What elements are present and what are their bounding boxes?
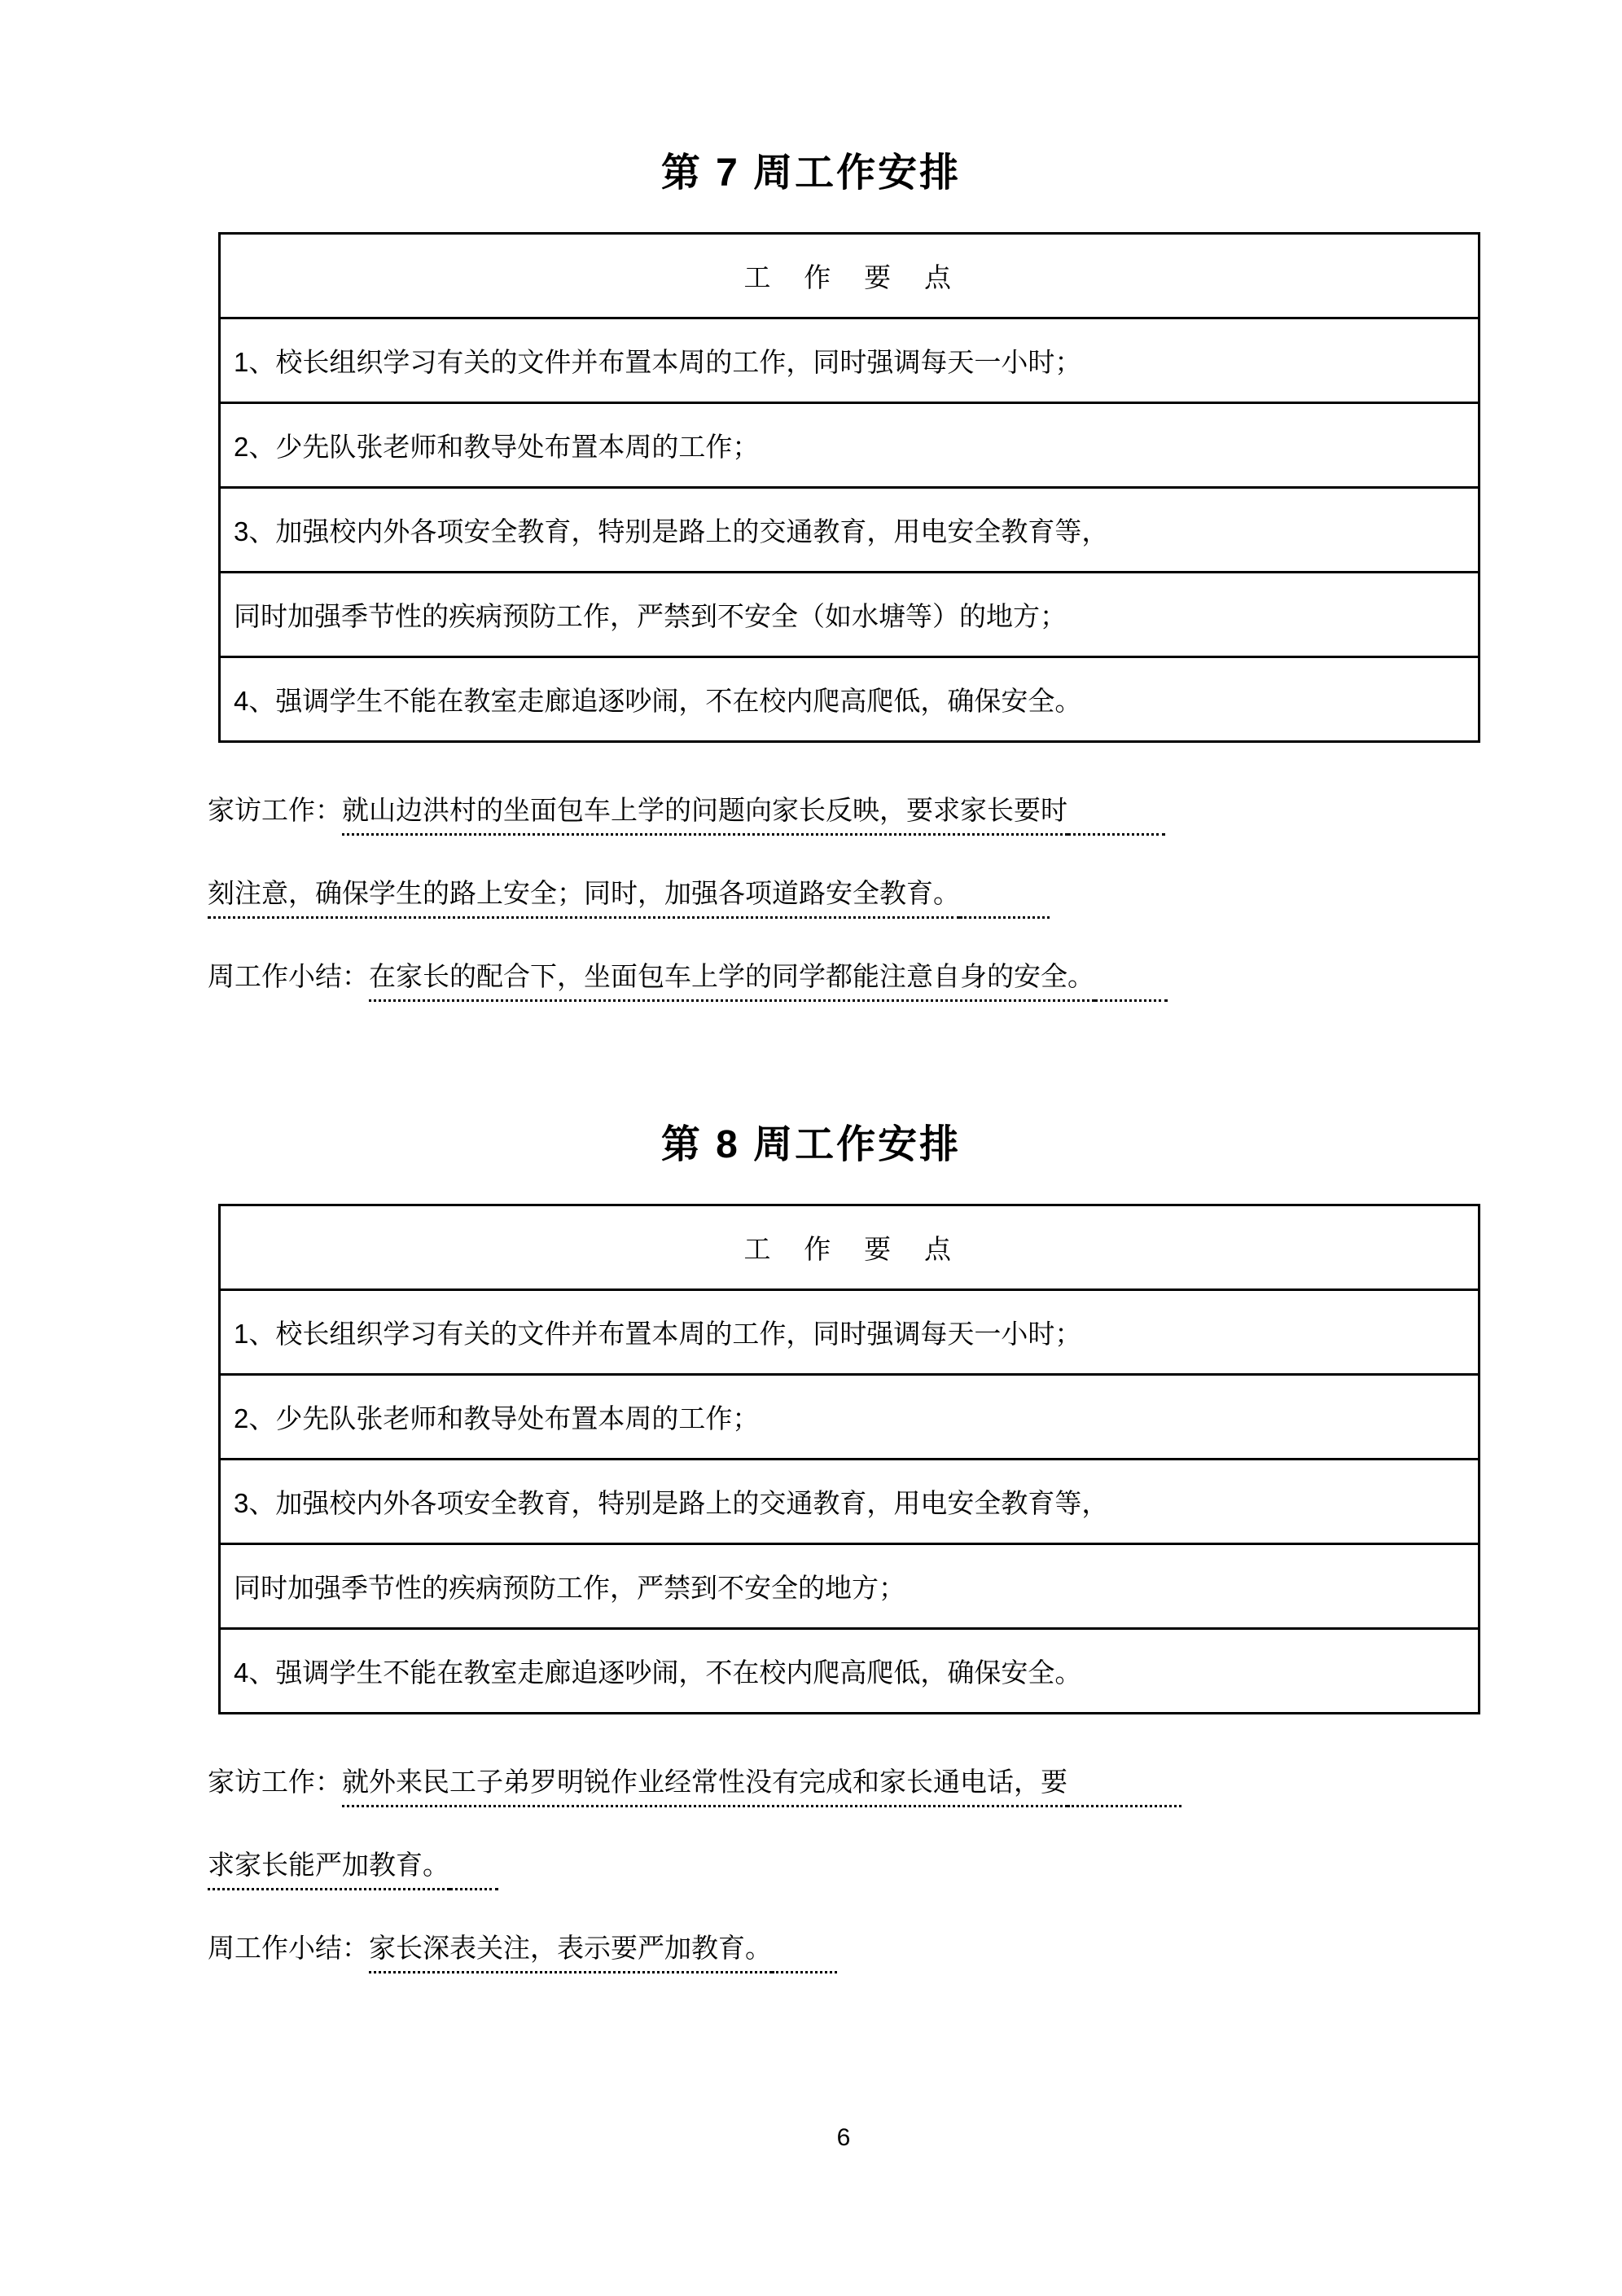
work-points-header: 工 作 要 点 <box>220 234 1480 318</box>
note-label: 周工作小结： <box>208 955 369 1002</box>
underline-filler <box>1094 993 1168 1002</box>
table-row: 3、加强校内外各项安全教育，特别是路上的交通教育，用电安全教育等， <box>220 488 1480 573</box>
week7-section: 第 7 周工作安排 工 作 要 点 1、校长组织学习有关的文件并布置本周的工作，… <box>0 0 1622 1002</box>
table-row: 同时加强季节性的疾病预防工作，严禁到不安全（如水塘等）的地方； <box>220 573 1480 657</box>
week8-notes: 家访工作： 就外来民工子弟罗明锐作业经常性没有完成和家长通电话，要 求家长能严加… <box>208 1724 1622 1973</box>
week7-title: 第 7 周工作安排 <box>0 0 1622 198</box>
table-cell: 3、加强校内外各项安全教育，特别是路上的交通教育，用电安全教育等， <box>220 488 1480 573</box>
weekly-summary-note-line: 周工作小结： 家长深表关注，表示要严加教育。 <box>208 1890 1622 1973</box>
table-row: 2、少先队张老师和教导处布置本周的工作； <box>220 403 1480 488</box>
table-cell: 4、强调学生不能在教室走廊追逐吵闹，不在校内爬高爬低，确保安全。 <box>220 657 1480 742</box>
table-header-row: 工 作 要 点 <box>220 1205 1480 1290</box>
note-underlined-text: 就外来民工子弟罗明锐作业经常性没有完成和家长通电话，要 <box>342 1761 1067 1807</box>
home-visit-note-line: 家访工作： 就外来民工子弟罗明锐作业经常性没有完成和家长通电话，要 <box>208 1724 1622 1807</box>
underline-filler <box>449 1881 498 1890</box>
table-cell: 1、校长组织学习有关的文件并布置本周的工作，同时强调每天一小时； <box>220 1290 1480 1375</box>
underline-filler <box>1067 827 1165 836</box>
table-row: 1、校长组织学习有关的文件并布置本周的工作，同时强调每天一小时； <box>220 318 1480 403</box>
table-cell: 2、少先队张老师和教导处布置本周的工作； <box>220 403 1480 488</box>
week7-work-points-table: 工 作 要 点 1、校长组织学习有关的文件并布置本周的工作，同时强调每天一小时；… <box>218 232 1480 743</box>
underline-filler <box>1067 1798 1181 1807</box>
table-row: 2、少先队张老师和教导处布置本周的工作； <box>220 1375 1480 1460</box>
page-number: 6 <box>0 2124 1622 2152</box>
table-cell: 2、少先队张老师和教导处布置本周的工作； <box>220 1375 1480 1460</box>
table-cell: 3、加强校内外各项安全教育，特别是路上的交通教育，用电安全教育等， <box>220 1460 1480 1544</box>
underline-filler <box>772 1965 837 1973</box>
underline-filler <box>960 910 1050 919</box>
home-visit-note-line: 求家长能严加教育。 <box>208 1807 1622 1890</box>
table-row: 4、强调学生不能在教室走廊追逐吵闹，不在校内爬高爬低，确保安全。 <box>220 1629 1480 1714</box>
table-row: 1、校长组织学习有关的文件并布置本周的工作，同时强调每天一小时； <box>220 1290 1480 1375</box>
week8-work-points-table: 工 作 要 点 1、校长组织学习有关的文件并布置本周的工作，同时强调每天一小时；… <box>218 1204 1480 1714</box>
table-cell: 4、强调学生不能在教室走廊追逐吵闹，不在校内爬高爬低，确保安全。 <box>220 1629 1480 1714</box>
note-label: 家访工作： <box>208 1761 342 1807</box>
table-row: 4、强调学生不能在教室走廊追逐吵闹，不在校内爬高爬低，确保安全。 <box>220 657 1480 742</box>
home-visit-note-line: 家访工作： 就山边洪村的坐面包车上学的问题向家长反映，要求家长要时 <box>208 753 1622 836</box>
note-underlined-text: 家长深表关注，表示要严加教育。 <box>369 1927 772 1973</box>
home-visit-note-line: 刻注意，确保学生的路上安全；同时，加强各项道路安全教育。 <box>208 836 1622 919</box>
weekly-summary-note-line: 周工作小结： 在家长的配合下，坐面包车上学的同学都能注意自身的安全。 <box>208 919 1622 1002</box>
note-underlined-text: 求家长能严加教育。 <box>208 1844 449 1890</box>
work-points-header: 工 作 要 点 <box>220 1205 1480 1290</box>
note-label: 家访工作： <box>208 789 342 836</box>
note-underlined-text: 就山边洪村的坐面包车上学的问题向家长反映，要求家长要时 <box>342 789 1067 836</box>
week7-notes: 家访工作： 就山边洪村的坐面包车上学的问题向家长反映，要求家长要时 刻注意，确保… <box>208 753 1622 1002</box>
table-row: 同时加强季节性的疾病预防工作，严禁到不安全的地方； <box>220 1544 1480 1629</box>
table-row: 3、加强校内外各项安全教育，特别是路上的交通教育，用电安全教育等， <box>220 1460 1480 1544</box>
week8-section: 第 8 周工作安排 工 作 要 点 1、校长组织学习有关的文件并布置本周的工作，… <box>0 1002 1622 1973</box>
note-underlined-text: 刻注意，确保学生的路上安全；同时，加强各项道路安全教育。 <box>208 872 960 919</box>
week8-title: 第 8 周工作安排 <box>0 1002 1622 1170</box>
table-cell: 同时加强季节性的疾病预防工作，严禁到不安全的地方； <box>220 1544 1480 1629</box>
table-cell: 1、校长组织学习有关的文件并布置本周的工作，同时强调每天一小时； <box>220 318 1480 403</box>
note-label: 周工作小结： <box>208 1927 369 1973</box>
table-header-row: 工 作 要 点 <box>220 234 1480 318</box>
document-page: 第 7 周工作安排 工 作 要 点 1、校长组织学习有关的文件并布置本周的工作，… <box>0 0 1622 2296</box>
table-cell: 同时加强季节性的疾病预防工作，严禁到不安全（如水塘等）的地方； <box>220 573 1480 657</box>
note-underlined-text: 在家长的配合下，坐面包车上学的同学都能注意自身的安全。 <box>369 955 1094 1002</box>
